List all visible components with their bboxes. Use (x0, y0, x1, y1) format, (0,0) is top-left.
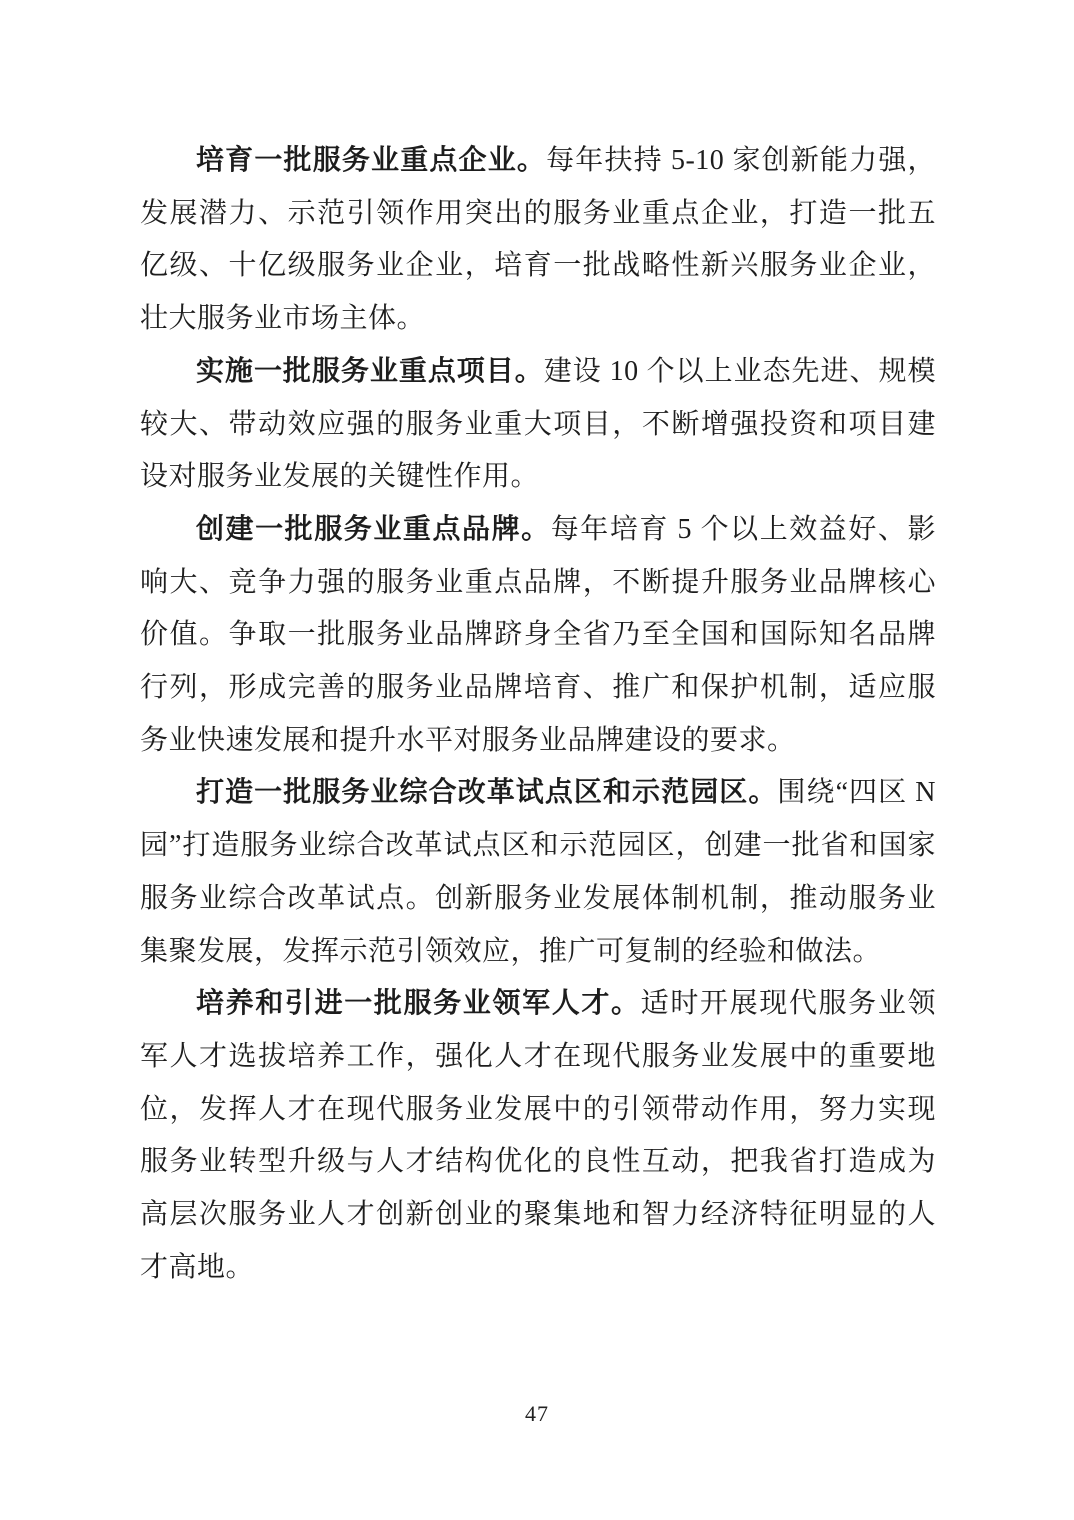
page-number: 47 (0, 1401, 1074, 1427)
paragraph-lead: 培育一批服务业重点企业。 (196, 145, 546, 176)
paragraph: 培育一批服务业重点企业。每年扶持 5-10 家创新能力强，发展潜力、示范引领作用… (140, 135, 936, 346)
paragraph: 实施一批服务业重点项目。建设 10 个以上业态先进、规模较大、带动效应强的服务业… (140, 346, 936, 504)
paragraph-lead: 培养和引进一批服务业领军人才。 (196, 988, 641, 1019)
paragraph: 创建一批服务业重点品牌。每年培育 5 个以上效益好、影响大、竞争力强的服务业重点… (140, 504, 936, 768)
paragraph-body-text: 适时开展现代服务业领军人才选拔培养工作，强化人才在现代服务业发展中的重要地位，发… (140, 988, 936, 1283)
paragraph-lead: 创建一批服务业重点品牌。 (196, 514, 551, 545)
paragraph-lead: 打造一批服务业综合改革试点区和示范园区。 (196, 777, 777, 808)
document-body: 培育一批服务业重点企业。每年扶持 5-10 家创新能力强，发展潜力、示范引领作用… (140, 135, 936, 1294)
document-page: 培育一批服务业重点企业。每年扶持 5-10 家创新能力强，发展潜力、示范引领作用… (0, 0, 1074, 1520)
paragraph: 培养和引进一批服务业领军人才。适时开展现代服务业领军人才选拔培养工作，强化人才在… (140, 978, 936, 1294)
paragraph: 打造一批服务业综合改革试点区和示范园区。围绕“四区 N 园”打造服务业综合改革试… (140, 767, 936, 978)
paragraph-body-text: 每年培育 5 个以上效益好、影响大、竞争力强的服务业重点品牌，不断提升服务业品牌… (140, 514, 936, 756)
paragraph-lead: 实施一批服务业重点项目。 (196, 356, 544, 387)
